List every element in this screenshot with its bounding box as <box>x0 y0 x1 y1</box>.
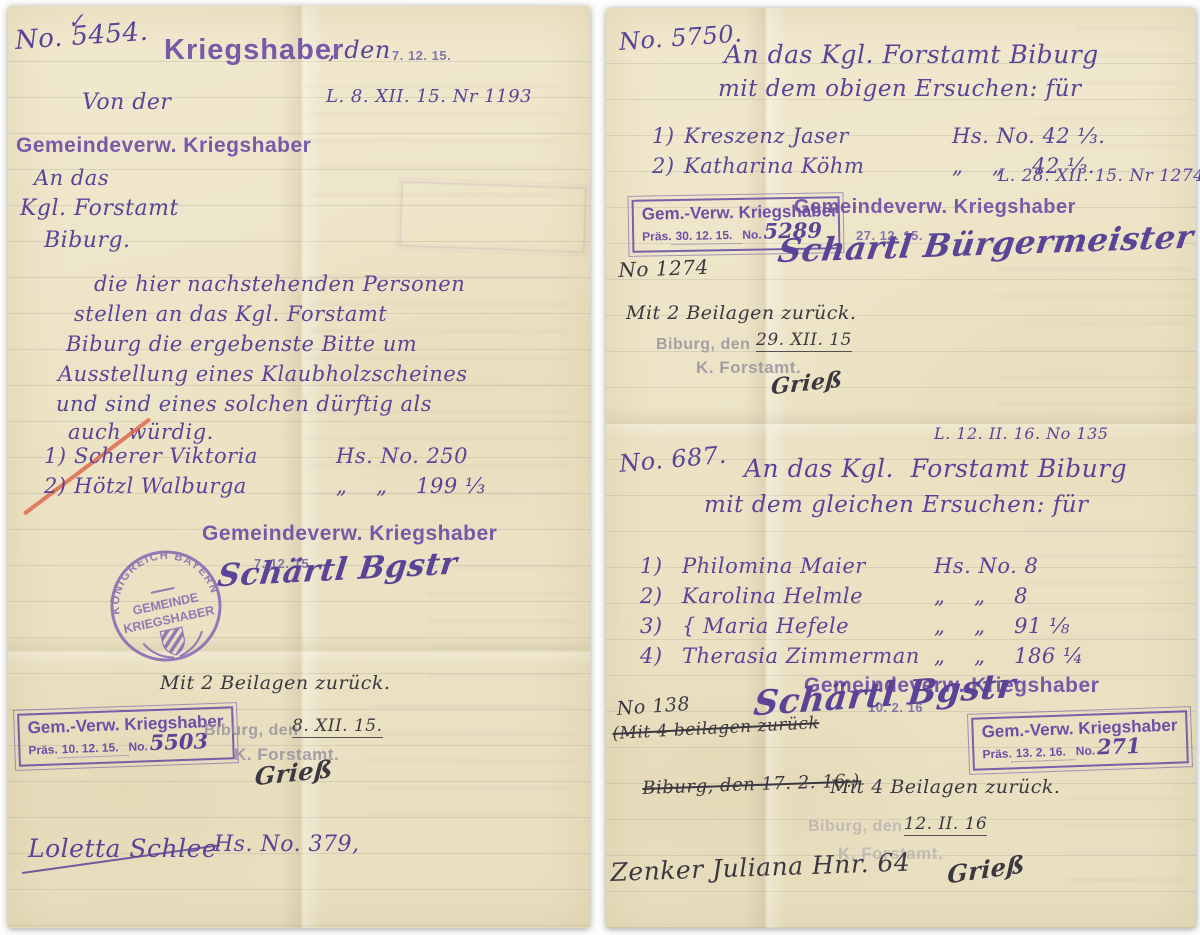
journal-number-handwritten: No 138 <box>616 693 691 720</box>
applicant-name: Therasia Zimmerman <box>682 644 934 668</box>
receipt-stamp-title: Gem.-Verw. Kriegshaber <box>981 716 1178 743</box>
bottom-name-entry: Zenker Juliana Hnr. 64 <box>610 848 911 887</box>
date-stamp: 7. 12. 15. <box>392 48 451 63</box>
petition-line-1: die hier nachstehenden Personen <box>94 272 465 296</box>
forstamt-date-handwritten: 29. XII. 15 <box>756 330 852 352</box>
receipt-box-stamp: Gem.-Verw. Kriegshaber Präs. 13. 2. 16. … <box>971 710 1189 771</box>
applicant-row: 1) Philomina Maier Hs. No. 8 <box>640 554 1038 578</box>
doc-number: No. 687. <box>618 441 728 478</box>
no-label: No. <box>1076 743 1096 758</box>
forstamt-date-handwritten: 8. XII. 15. <box>292 716 383 738</box>
petition-line-4: Ausstellung eines Klaubholzscheines <box>58 362 468 386</box>
applicant-row: 2) Hötzl Walburga „ „ 199 ⅓ <box>44 474 486 498</box>
mayor-signature: Schärtl Bgstr <box>752 666 1018 725</box>
praes-label: Präs. <box>28 742 58 757</box>
forstamt-signature: Grieß <box>947 849 1026 889</box>
applicant-index: 3) <box>640 614 682 638</box>
applicant-row: 3) { Maria Hefele „ „ 91 ⅛ <box>640 614 1070 638</box>
municipality-stamp: Gemeindeverw. Kriegshaber <box>202 522 497 546</box>
applicant-index: 2) <box>44 474 74 498</box>
applicant-row: 2) Karolina Helmle „ „ 8 <box>640 584 1028 608</box>
applicant-row: 4) Therasia Zimmerman „ „ 186 ¼ <box>640 644 1084 668</box>
forstamt-date-handwritten: 12. II. 16 <box>904 814 987 836</box>
praes-date: 30. 12. 15. <box>671 228 742 245</box>
municipal-seal: KÖNIGREICH BAYERN GEMEINDE KRIEGSHABER <box>95 535 237 677</box>
applicant-index: 2) <box>640 584 682 608</box>
applicant-name: Scherer Viktoria <box>74 444 336 468</box>
receipt-number-handwritten: 5503 <box>149 728 208 755</box>
address-line-2: Kgl. Forstamt <box>20 196 179 221</box>
house-number: „ „ 91 ⅛ <box>934 614 1070 638</box>
reference-note: L. 12. II. 16. No 135 <box>934 424 1108 443</box>
applicant-name: Hötzl Walburga <box>74 474 336 498</box>
municipality-stamp: Gemeindeverw. Kriegshaber <box>794 196 1076 219</box>
forstamt-place-stamp: Biburg, den <box>204 722 298 740</box>
petition-line-5: und sind eines solchen dürftig als <box>56 392 432 416</box>
petition-line-2: stellen an das Kgl. Forstamt <box>74 302 387 326</box>
praes-label: Präs. <box>642 229 672 244</box>
house-number: Hs. No. 250 <box>336 444 468 468</box>
praes-label: Präs. <box>982 746 1012 761</box>
forstamt-place-stamp: Biburg, den <box>656 336 750 354</box>
reference-note: L. 8. XII. 15. Nr 1193 <box>326 86 532 107</box>
forstamt-place-stamp: Biburg, den <box>808 818 902 836</box>
ink-bleed-ghost <box>1026 528 1186 658</box>
applicant-name: Kreszenz Jaser <box>684 124 952 148</box>
ink-bleed-ghost <box>368 706 573 816</box>
document-page-left: ✓ No. 5454. Kriegshaber , den 7. 12. 15.… <box>8 6 590 928</box>
address-line-3: Biburg. <box>44 228 131 253</box>
ink-bleed-ghost <box>996 268 1191 408</box>
von-der-line: Von der <box>82 90 171 115</box>
den-handwriting: , den <box>328 36 391 64</box>
ink-bleed-ghost <box>428 566 578 696</box>
request-line-1: An das Kgl. Forstamt Biburg <box>724 40 1099 69</box>
request-line-2: mit dem gleichen Ersuchen: für <box>704 492 1089 518</box>
reference-note: L. 28. XII. 15. Nr 1274 <box>998 166 1200 186</box>
house-number: Hs. No. 42 ⅓. <box>952 124 1105 148</box>
seal-bavaria-shield <box>160 627 187 657</box>
applicant-name: { Maria Hefele <box>682 614 934 638</box>
request-line-2: mit dem obigen Ersuchen: für <box>718 76 1081 102</box>
no-label: No. <box>128 739 148 754</box>
praes-date: 10. 12. 15. <box>58 740 129 758</box>
house-number: „ „ 199 ⅓ <box>336 474 486 498</box>
return-note: Mit 4 Beilagen zurück. <box>830 776 1060 798</box>
crossed-place-date: Biburg, den 17. 2. 16.) <box>642 770 860 799</box>
house-number: „ „ 186 ¼ <box>934 644 1084 668</box>
doc-number: No. 5454. <box>14 17 149 56</box>
return-note: Mit 2 Beilagen zurück. <box>160 672 390 694</box>
ink-bleed-ghost <box>1066 798 1186 893</box>
applicant-index: 2) <box>652 154 684 178</box>
applicant-row: 1) Scherer Viktoria Hs. No. 250 <box>44 444 468 468</box>
applicant-index: 4) <box>640 644 682 668</box>
receipt-box-stamp: Gem.-Verw. Kriegshaber Präs. 10. 12. 15.… <box>17 706 235 767</box>
petition-line-3: Biburg die ergebenste Bitte um <box>66 332 417 356</box>
mayor-signature: Schärtl Bgstr <box>216 545 460 594</box>
applicant-index: 1) <box>652 124 684 148</box>
receipt-number-handwritten: 271 <box>1097 733 1142 760</box>
applicant-name: Katharina Köhm <box>684 154 952 178</box>
ghost-stamp-box <box>399 181 587 253</box>
return-note: Mit 2 Beilagen zurück. <box>626 302 856 324</box>
applicant-name: Karolina Helmle <box>682 584 934 608</box>
place-stamp: Kriegshaber <box>164 34 344 67</box>
house-number: Hs. No. 8 <box>934 554 1038 578</box>
applicant-row: 1) Kreszenz Jaser Hs. No. 42 ⅓. <box>652 124 1105 148</box>
house-number: „ „ 8 <box>934 584 1028 608</box>
sender-stamp: Gemeindeverw. Kriegshaber <box>16 134 311 158</box>
praes-date: 13. 2. 16. <box>1012 744 1077 762</box>
request-line-1: An das Kgl. Forstamt Biburg <box>744 454 1127 483</box>
applicant-index: 1) <box>640 554 682 578</box>
address-line-1: An das <box>34 166 109 190</box>
no-label: No. <box>742 228 762 242</box>
seal-divider <box>151 588 174 593</box>
applicant-index: 1) <box>44 444 74 468</box>
crossed-entry-house-number: Hs. No. 379, <box>214 832 360 857</box>
document-page-right: No. 5750. An das Kgl. Forstamt Biburg mi… <box>606 8 1196 928</box>
journal-number-handwritten: No 1274 <box>618 255 709 282</box>
fold-crease-horizontal <box>8 636 590 666</box>
applicant-name: Philomina Maier <box>682 554 934 578</box>
